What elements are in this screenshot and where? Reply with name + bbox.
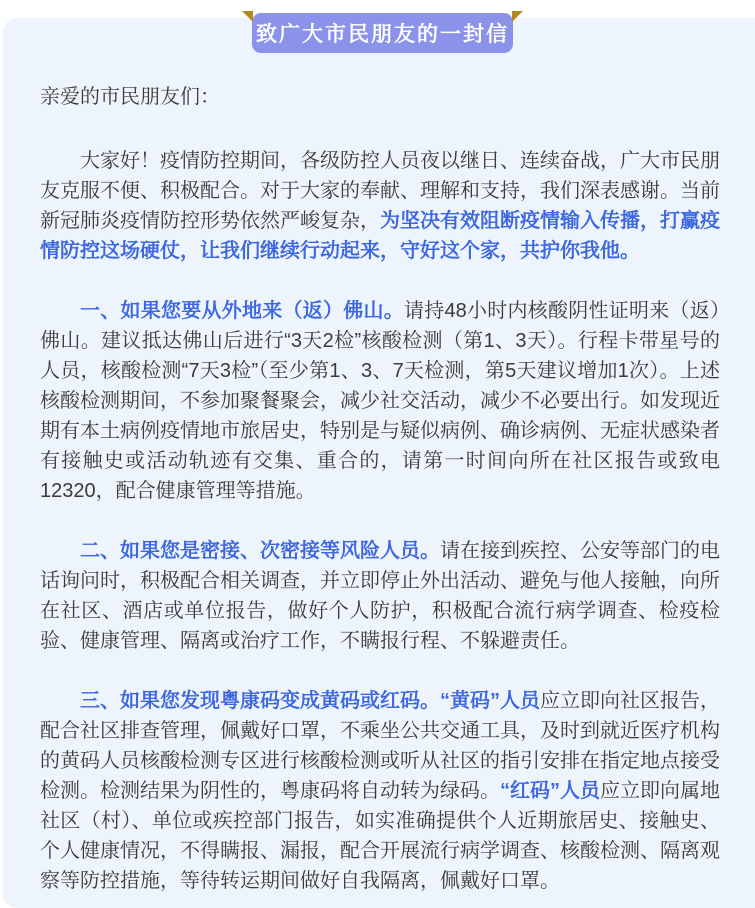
content-panel: 亲爱的市民朋友们： 大家好！疫情防控期间，各级防控人员夜以继日、连续奋战，广大市… [3, 18, 755, 908]
highlight-segment: “黄码”人员 [440, 690, 540, 712]
letter-greeting: 亲爱的市民朋友们： [40, 82, 720, 112]
letter-paragraph: 三、如果您发现粤康码变成黄码或红码。“黄码”人员应立即向社区报告，配合社区排查管… [40, 686, 720, 896]
ribbon-fold-left-icon [242, 11, 253, 22]
section-heading-2: 二、如果您是密接、次密接等风险人员。 [80, 540, 440, 562]
letter-body: 亲爱的市民朋友们： 大家好！疫情防控期间，各级防控人员夜以继日、连续奋战，广大市… [40, 82, 720, 896]
section-heading-1: 一、如果您要从外地来（返）佛山。 [80, 300, 404, 322]
page: 致广大市民朋友的一封信 亲爱的市民朋友们： 大家好！疫情防控期间，各级防控人员夜… [0, 0, 755, 908]
text-segment: 请持48小时内核酸阴性证明来（返）佛山。建议抵达佛山后进行“3天2检”核酸检测（… [40, 300, 720, 502]
title-ribbon: 致广大市民朋友的一封信 [252, 13, 513, 53]
highlight-segment: “红码”人员 [500, 780, 600, 802]
letter-paragraph: 大家好！疫情防控期间，各级防控人员夜以继日、连续奋战，广大市民朋友克服不便、积极… [40, 146, 720, 266]
ribbon-fold-right-icon [512, 11, 523, 22]
letter-paragraph: 一、如果您要从外地来（返）佛山。请持48小时内核酸阴性证明来（返）佛山。建议抵达… [40, 296, 720, 506]
page-title: 致广大市民朋友的一封信 [256, 18, 509, 48]
letter-paragraph: 二、如果您是密接、次密接等风险人员。请在接到疾控、公安等部门的电话询问时，积极配… [40, 536, 720, 656]
greeting-text: 亲爱的市民朋友们： [40, 86, 220, 108]
section-heading-3: 三、如果您发现粤康码变成黄码或红码。 [80, 690, 440, 712]
